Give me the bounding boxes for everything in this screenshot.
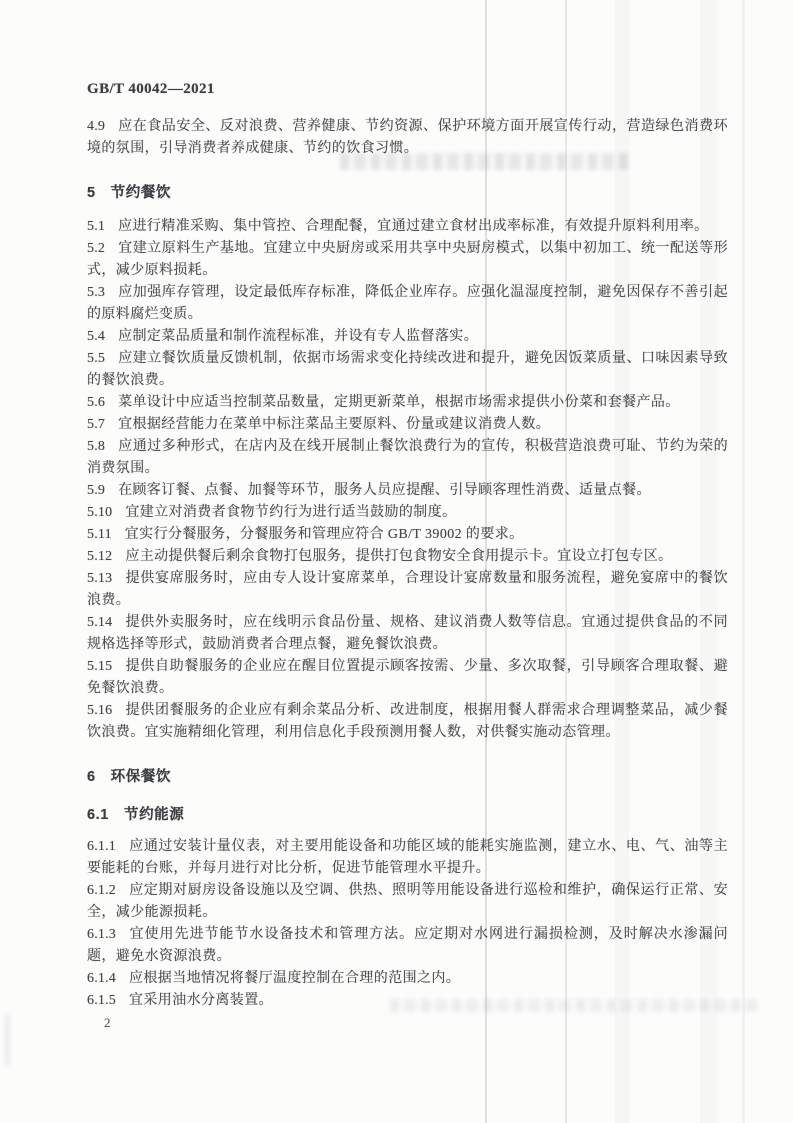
page-number: 2: [104, 1014, 111, 1032]
clause-number: 5.13: [87, 571, 112, 586]
clause-6.1.3: 6.1.3宜使用先进节能节水设备技术和管理方法。应定期对水网进行漏损检测，及时解…: [87, 924, 728, 968]
clause-5.2: 5.2宜建立原料生产基地。宜建立中央厨房或采用共享中央厨房模式，以集中初加工、统…: [87, 238, 728, 282]
scan-edge-mark: [5, 1014, 10, 1066]
section-heading-5: 5节约餐饮: [87, 182, 728, 204]
clause-5.1: 5.1应进行精准采购、集中管控、合理配餐，宜通过建立食材出成率标准，有效提升原料…: [87, 216, 728, 238]
clause-number: 6.1.3: [87, 927, 116, 942]
clause-text: 应进行精准采购、集中管控、合理配餐，宜通过建立食材出成率标准，有效提升原料利用率…: [118, 219, 708, 234]
clause-text: 应加强库存管理，设定最低库存标准，降低企业库存。应强化温湿度控制，避免因保存不善…: [87, 285, 728, 322]
clause-text: 宜使用先进节能节水设备技术和管理方法。应定期对水网进行漏损检测，及时解决水渗漏问…: [87, 927, 728, 964]
clause-text: 应根据当地情况将餐厅温度控制在合理的范围之内。: [129, 971, 460, 986]
clause-5.9: 5.9在顾客订餐、点餐、加餐等环节，服务人员应提醒、引导顾客理性消费、适量点餐。: [87, 480, 728, 502]
clause-text: 应建立餐饮质量反馈机制，依据市场需求变化持续改进和提升，避免因饭菜质量、口味因素…: [87, 351, 728, 388]
clause-text: 应定期对厨房设备设施以及空调、供热、照明等用能设备进行巡检和维护，确保运行正常、…: [87, 883, 728, 920]
clause-5.13: 5.13提供宴席服务时，应由专人设计宴席菜单，合理设计宴席数量和服务流程，避免宴…: [87, 568, 728, 612]
clause-5.11: 5.11宜实行分餐服务，分餐服务和管理应符合 GB/T 39002 的要求。: [87, 524, 728, 546]
clause-text: 提供宴席服务时，应由专人设计宴席菜单，合理设计宴席数量和服务流程，避免宴席中的餐…: [87, 571, 728, 608]
standard-number-header: GB/T 40042—2021: [87, 78, 728, 100]
clause-5.16: 5.16提供团餐服务的企业应有剩余菜品分析、改进制度，根据用餐人群需求合理调整菜…: [87, 700, 728, 744]
clause-text: 提供外卖服务时，应在线明示食品份量、规格、建议消费人数等信息。宜通过提供食品的不…: [87, 615, 728, 652]
clause-number: 5.5: [87, 351, 105, 366]
clause-number: 4.9: [87, 119, 105, 134]
clause-number: 5.16: [87, 703, 112, 718]
clause-5.3: 5.3应加强库存管理，设定最低库存标准，降低企业库存。应强化温湿度控制，避免因保…: [87, 282, 728, 326]
clause-text: 宜实行分餐服务，分餐服务和管理应符合 GB/T 39002 的要求。: [125, 527, 524, 542]
scanned-document-page: GB/T 40042—2021 4.9应在食品安全、反对浪费、营养健康、节约资源…: [0, 0, 793, 1123]
clause-number: 5.7: [87, 417, 105, 432]
clause-text: 提供团餐服务的企业应有剩余菜品分析、改进制度，根据用餐人群需求合理调整菜品，减少…: [87, 703, 728, 740]
section-heading-6.1: 6.1节约能源: [87, 804, 728, 826]
clause-5.15: 5.15提供自助餐服务的企业应在醒目位置提示顾客按需、少量、多次取餐，引导顾客合…: [87, 656, 728, 700]
clause-5.8: 5.8应通过多种形式，在店内及在线开展制止餐饮浪费行为的宣传，积极营造浪费可耻、…: [87, 436, 728, 480]
clause-number: 6.1: [87, 807, 109, 823]
clause-number: 6.1.1: [87, 839, 116, 854]
clause-number: 5.9: [87, 483, 105, 498]
clause-number: 6.1.4: [87, 971, 116, 986]
clause-text: 应主动提供餐后剩余食物打包服务，提供打包食物安全食用提示卡。宜设立打包专区。: [125, 549, 672, 564]
clause-text: 应通过多种形式，在店内及在线开展制止餐饮浪费行为的宣传，积极营造浪费可耻、节约为…: [87, 439, 728, 476]
clause-number: 5.11: [87, 527, 112, 542]
document-content: GB/T 40042—2021 4.9应在食品安全、反对浪费、营养健康、节约资源…: [87, 78, 728, 1012]
clause-text: 宜根据经营能力在菜单中标注菜品主要原料、份量或建议消费人数。: [118, 417, 550, 432]
clauses-container: 4.9应在食品安全、反对浪费、营养健康、节约资源、保护环境方面开展宣传行动，营造…: [87, 116, 728, 1012]
clause-number: 6: [87, 769, 96, 785]
clause-4.9: 4.9应在食品安全、反对浪费、营养健康、节约资源、保护环境方面开展宣传行动，营造…: [87, 116, 728, 160]
clause-number: 5.1: [87, 219, 105, 234]
scan-streak-line: [742, 0, 745, 1123]
clause-number: 5: [87, 185, 96, 201]
clause-text: 在顾客订餐、点餐、加餐等环节，服务人员应提醒、引导顾客理性消费、适量点餐。: [118, 483, 651, 498]
clause-5.7: 5.7宜根据经营能力在菜单中标注菜品主要原料、份量或建议消费人数。: [87, 414, 728, 436]
clause-6.1.2: 6.1.2应定期对厨房设备设施以及空调、供热、照明等用能设备进行巡检和维护，确保…: [87, 880, 728, 924]
clause-text: 节约能源: [124, 807, 184, 823]
clause-number: 5.10: [87, 505, 112, 520]
clause-number: 5.4: [87, 329, 105, 344]
clause-text: 提供自助餐服务的企业应在醒目位置提示顾客按需、少量、多次取餐，引导顾客合理取餐、…: [87, 659, 728, 696]
clause-number: 5.6: [87, 395, 105, 410]
clause-number: 5.2: [87, 241, 105, 256]
section-heading-6: 6环保餐饮: [87, 766, 728, 788]
clause-text: 菜单设计中应适当控制菜品数量，定期更新菜单，根据市场需求提供小份菜和套餐产品。: [118, 395, 680, 410]
clause-text: 环保餐饮: [111, 769, 171, 785]
clause-number: 5.12: [87, 549, 112, 564]
clause-number: 6.1.2: [87, 883, 116, 898]
clause-6.1.4: 6.1.4应根据当地情况将餐厅温度控制在合理的范围之内。: [87, 968, 728, 990]
clause-5.12: 5.12应主动提供餐后剩余食物打包服务，提供打包食物安全食用提示卡。宜设立打包专…: [87, 546, 728, 568]
clause-text: 宜建立对消费者食物节约行为进行适当鼓励的制度。: [125, 505, 456, 520]
clause-5.10: 5.10宜建立对消费者食物节约行为进行适当鼓励的制度。: [87, 502, 728, 524]
clause-number: 5.15: [87, 659, 112, 674]
clause-text: 节约餐饮: [111, 185, 171, 201]
clause-5.6: 5.6菜单设计中应适当控制菜品数量，定期更新菜单，根据市场需求提供小份菜和套餐产…: [87, 392, 728, 414]
clause-text: 应制定菜品质量和制作流程标准，并设有专人监督落实。: [118, 329, 478, 344]
clause-number: 5.14: [87, 615, 112, 630]
clause-text: 宜采用油水分离装置。: [129, 993, 273, 1008]
clause-6.1.1: 6.1.1应通过安装计量仪表，对主要用能设备和功能区域的能耗实施监测，建立水、电…: [87, 836, 728, 880]
clause-5.4: 5.4应制定菜品质量和制作流程标准，并设有专人监督落实。: [87, 326, 728, 348]
clause-text: 宜建立原料生产基地。宜建立中央厨房或采用共享中央厨房模式，以集中初加工、统一配送…: [87, 241, 728, 278]
clause-number: 6.1.5: [87, 993, 116, 1008]
clause-number: 5.8: [87, 439, 105, 454]
clause-text: 应在食品安全、反对浪费、营养健康、节约资源、保护环境方面开展宣传行动，营造绿色消…: [87, 119, 728, 156]
clause-6.1.5: 6.1.5宜采用油水分离装置。: [87, 990, 728, 1012]
clause-5.5: 5.5应建立餐饮质量反馈机制，依据市场需求变化持续改进和提升，避免因饭菜质量、口…: [87, 348, 728, 392]
clause-number: 5.3: [87, 285, 105, 300]
clause-text: 应通过安装计量仪表，对主要用能设备和功能区域的能耗实施监测，建立水、电、气、油等…: [87, 839, 728, 876]
clause-5.14: 5.14提供外卖服务时，应在线明示食品份量、规格、建议消费人数等信息。宜通过提供…: [87, 612, 728, 656]
